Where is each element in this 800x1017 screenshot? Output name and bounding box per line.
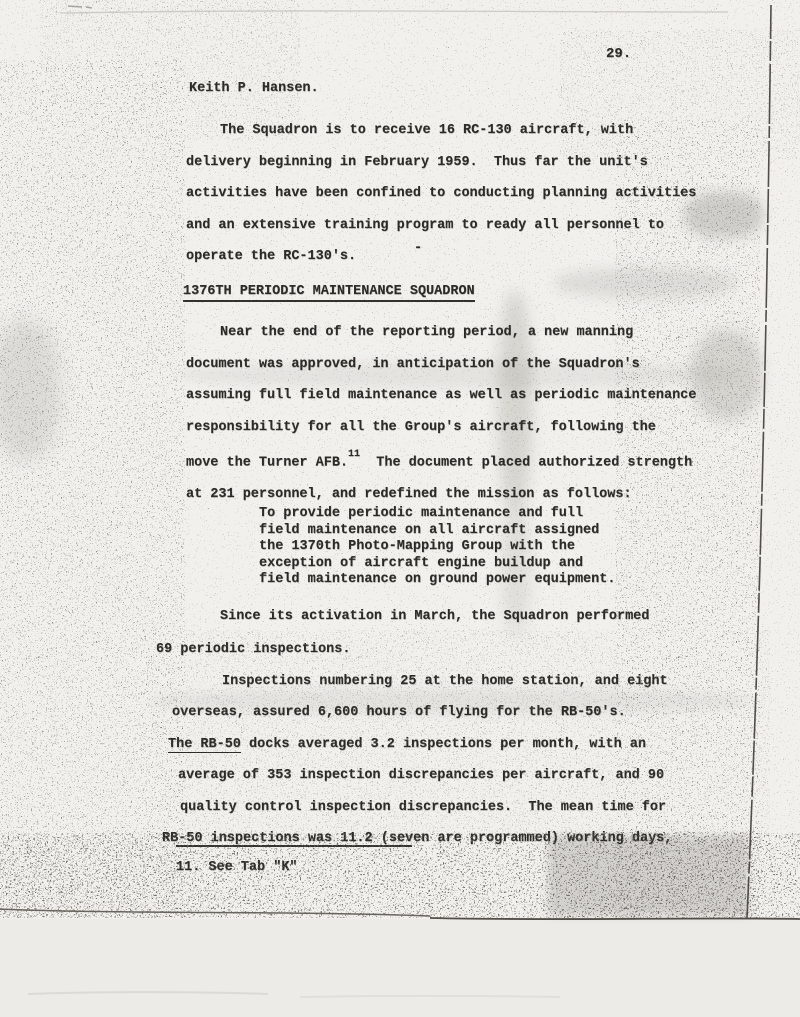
paragraph-rc130-delivery: The Squadron is to receive 16 RC-130 air… <box>186 115 696 273</box>
text-line-with-underline: The RB-50 docks averaged 3.2 inspections… <box>162 729 672 760</box>
scan-smudge <box>0 320 60 460</box>
stray-dash-mark: - <box>414 241 422 256</box>
text-line: 69 periodic inspections. <box>156 633 649 666</box>
footnote-rule <box>176 845 412 847</box>
quote-line: exception of aircraft engine buildup and <box>259 556 615 573</box>
text-line: operate the RC-130's. <box>186 241 696 273</box>
scan-smudge <box>692 330 762 420</box>
bottom-scan-edge-left <box>0 909 430 916</box>
text-line: Since its activation in March, the Squad… <box>156 600 649 633</box>
text-line: overseas, assured 6,600 hours of flying … <box>162 697 672 728</box>
underlined-segment: The RB-50 <box>168 737 241 753</box>
paragraph-activation: Since its activation in March, the Squad… <box>156 600 649 666</box>
text-line-with-footnote-ref: move the Turner AFB.11 The document plac… <box>186 443 696 479</box>
text-line: Inspections numbering 25 at the home sta… <box>162 666 672 697</box>
text-segment: docks averaged 3.2 inspections per month… <box>241 737 646 752</box>
text-line: RB-50 inspections was 11.2 (seven are pr… <box>162 823 672 854</box>
paragraph-inspections: Inspections numbering 25 at the home sta… <box>162 666 672 854</box>
footnote-text: 11. See Tab "K" <box>176 860 298 875</box>
text-line: activities have been confined to conduct… <box>186 178 696 210</box>
quote-line: field maintenance on all aircraft assign… <box>259 523 615 540</box>
quote-line: field maintenance on ground power equipm… <box>259 572 615 589</box>
text-line: Near the end of the reporting period, a … <box>186 317 696 349</box>
text-line: quality control inspection discrepancies… <box>162 792 672 823</box>
top-left-stray-marks <box>68 6 92 8</box>
scanned-document-page: 29. Keith P. Hansen. The Squadron is to … <box>0 0 800 1017</box>
salutation-line: Keith P. Hansen. <box>189 81 319 96</box>
text-line: delivery beginning in February 1959. Thu… <box>186 147 696 179</box>
text-line: and an extensive training program to rea… <box>186 210 696 242</box>
section-heading-1376th: 1376TH PERIODIC MAINTENANCE SQUADRON <box>183 284 475 302</box>
text-line: document was approved, in anticipation o… <box>186 349 696 381</box>
top-scan-edge-line <box>60 11 728 13</box>
right-edge-vertical-line <box>747 5 771 918</box>
page-number: 29. <box>606 46 631 62</box>
quote-line: To provide periodic maintenance and full <box>259 506 615 523</box>
scan-lower-margin <box>0 919 800 1017</box>
text-line: The Squadron is to receive 16 RC-130 air… <box>186 115 696 147</box>
text-segment: The document placed authorized strength <box>360 456 692 471</box>
paragraph-manning-document: Near the end of the reporting period, a … <box>186 317 696 511</box>
text-line: average of 353 inspection discrepancies … <box>162 760 672 791</box>
blockquote-mission-statement: To provide periodic maintenance and full… <box>259 506 615 589</box>
text-segment: move the Turner AFB. <box>186 456 348 471</box>
text-line: assuming full field maintenance as well … <box>186 380 696 412</box>
scan-smudge <box>555 268 735 298</box>
text-line: responsibility for all the Group's aircr… <box>186 412 696 444</box>
footnote-reference-11: 11 <box>348 449 360 460</box>
quote-line: the 1370th Photo-Mapping Group with the <box>259 539 615 556</box>
